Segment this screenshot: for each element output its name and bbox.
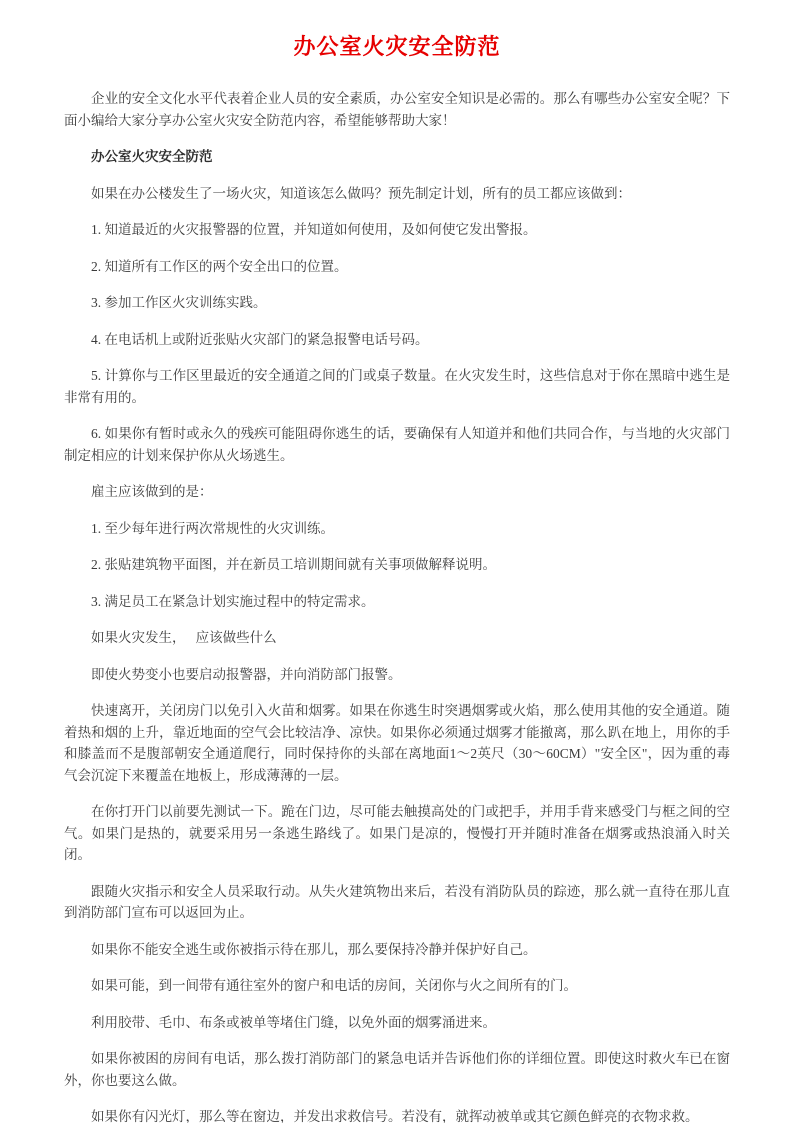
section-subheading: 办公室火灾安全防范 — [64, 146, 730, 168]
paragraph: 跟随火灾指示和安全人员采取行动。从失火建筑物出来后，若没有消防队员的踪迹，那么就… — [64, 881, 730, 924]
list-item: 3. 参加工作区火灾训练实践。 — [64, 292, 730, 314]
paragraph: 利用胶带、毛巾、布条或被单等堵住门缝，以免外面的烟雾涌进来。 — [64, 1012, 730, 1034]
list-item: 4. 在电话机上或附近张贴火灾部门的紧急报警电话号码。 — [64, 329, 730, 351]
paragraph: 如果火灾发生， 应该做些什么 — [64, 627, 730, 649]
paragraph: 即使火势变小也要启动报警器，并向消防部门报警。 — [64, 664, 730, 686]
list-item: 3. 满足员工在紧急计划实施过程中的特定需求。 — [64, 591, 730, 613]
document-page: 办公室火灾安全防范 企业的安全文化水平代表着企业人员的安全素质，办公室安全知识是… — [0, 0, 794, 1123]
list-item: 1. 至少每年进行两次常规性的火灾训练。 — [64, 518, 730, 540]
list-item: 5. 计算你与工作区里最近的安全通道之间的门或桌子数量。在火灾发生时，这些信息对… — [64, 365, 730, 408]
list-item: 2. 知道所有工作区的两个安全出口的位置。 — [64, 256, 730, 278]
list-item: 1. 知道最近的火灾报警器的位置，并知道如何使用，及如何使它发出警报。 — [64, 219, 730, 241]
paragraph: 如果你被困的房间有电话，那么拨打消防部门的紧急电话并告诉他们你的详细位置。即使这… — [64, 1048, 730, 1091]
list-item: 6. 如果你有暂时或永久的残疾可能阻碍你逃生的话，要确保有人知道并和他们共同合作… — [64, 423, 730, 466]
paragraph: 如果在办公楼发生了一场火灾，知道该怎么做吗？预先制定计划，所有的员工都应该做到： — [64, 183, 730, 205]
paragraph: 如果你不能安全逃生或你被指示待在那儿，那么要保持冷静并保护好自己。 — [64, 939, 730, 961]
intro-paragraph: 企业的安全文化水平代表着企业人员的安全素质，办公室安全知识是必需的。那么有哪些办… — [64, 88, 730, 131]
paragraph: 快速离开，关闭房门以免引入火苗和烟雾。如果在你逃生时突遇烟雾或火焰，那么使用其他… — [64, 700, 730, 786]
paragraph: 在你打开门以前要先测试一下。跪在门边，尽可能去触摸高处的门或把手，并用手背来感受… — [64, 801, 730, 866]
paragraph: 如果你有闪光灯，那么等在窗边，并发出求救信号。若没有，就挥动被单或其它颜色鲜亮的… — [64, 1106, 730, 1123]
paragraph: 如果可能，到一间带有通往室外的窗户和电话的房间，关闭你与火之间所有的门。 — [64, 975, 730, 997]
paragraph: 雇主应该做到的是： — [64, 481, 730, 503]
list-item: 2. 张贴建筑物平面图，并在新员工培训期间就有关事项做解释说明。 — [64, 554, 730, 576]
doc-title: 办公室火灾安全防范 — [64, 30, 730, 61]
